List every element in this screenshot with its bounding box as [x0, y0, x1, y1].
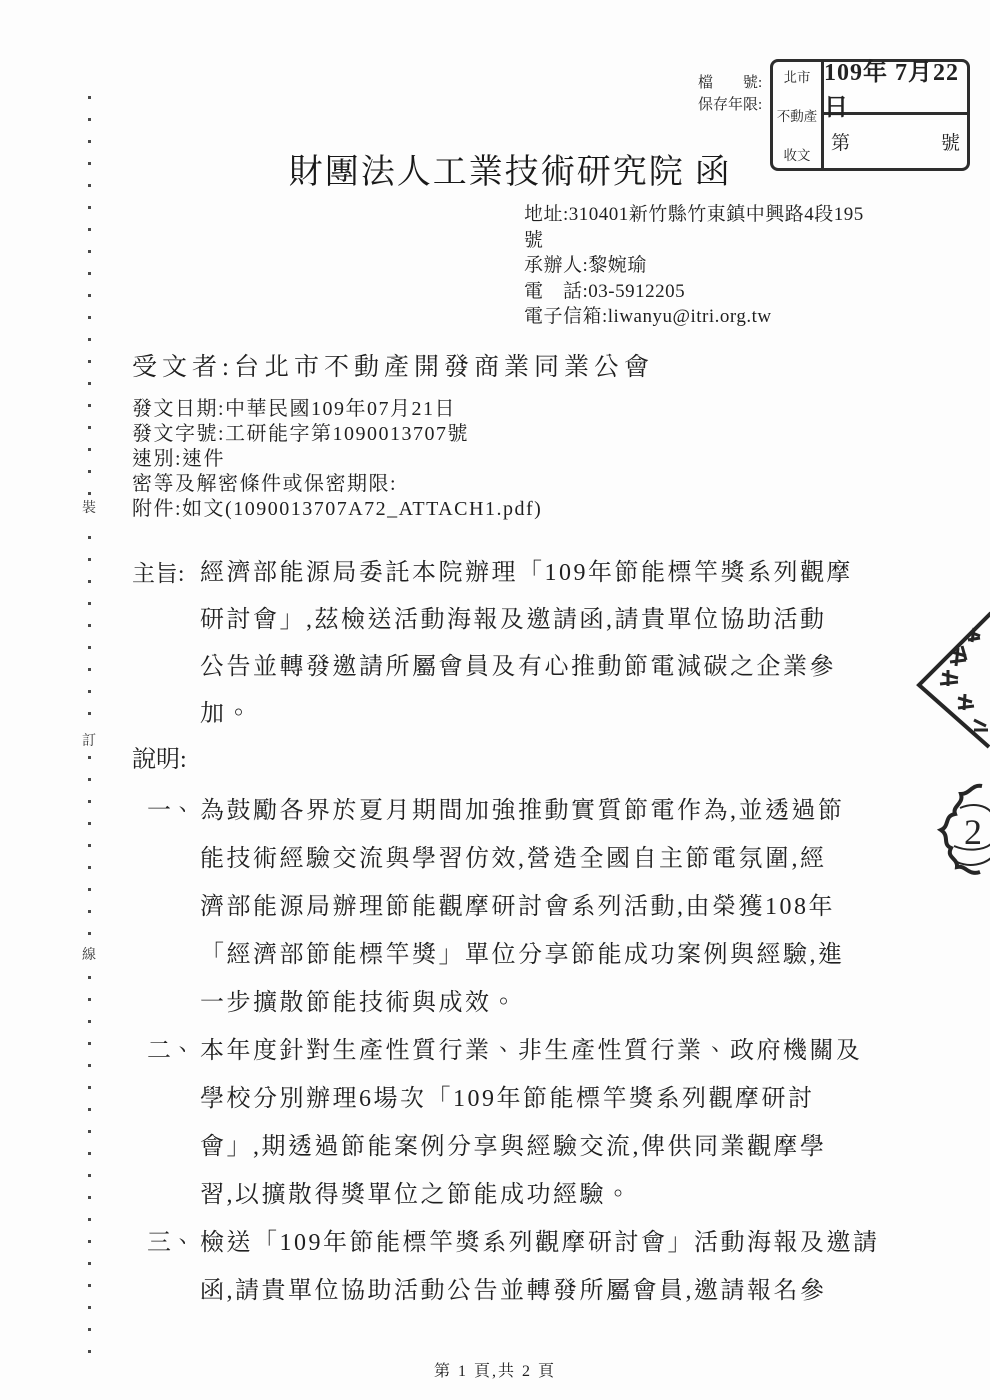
description-item-2: 二、 本年度針對生產性質行業、非生產性質行業、政府機關及 學校分別辦理6場次「1…	[147, 1027, 880, 1219]
subject-block: 主旨: 經濟部能源局委託本院辦理「109年節能標竿獎系列觀摩 研討會」,茲檢送活…	[132, 550, 853, 738]
receipt-stamp-box: 北市 不動產 收文 109年 7月22日 第 號	[770, 59, 970, 171]
item-text: 本年度針對生產性質行業、非生產性質行業、政府機關及 學校分別辦理6場次「109年…	[200, 1027, 863, 1219]
document-meta-block: 發文日期:中華民國109年07月21日 發文字號:工研能字第1090013707…	[132, 397, 542, 522]
page-footer: 第 1 頁,共 2 頁	[0, 1358, 990, 1381]
description-item-3: 三、 檢送「109年節能標竿獎系列觀摩研討會」活動海報及邀請 函,請貴單位協助活…	[147, 1219, 880, 1315]
retention-period-label: 保存年限:	[698, 94, 762, 116]
flower-stamp-number: 2	[964, 812, 982, 852]
diamond-stamp-icon	[912, 608, 990, 750]
description-item-1: 一、 為鼓勵各界於夏月期間加強推動實質節電作為,並透過節 能技術經驗交流與學習仿…	[147, 787, 880, 1027]
receipt-number-suffix: 號	[941, 128, 960, 155]
subject-text: 經濟部能源局委託本院辦理「109年節能標竿獎系列觀摩 研討會」,茲檢送活動海報及…	[200, 550, 853, 738]
binding-dotted-line	[88, 96, 91, 1364]
document-page: 裝 訂 線 檔 號: 保存年限: 北市 不動產 收文 109年 7月22日 第 …	[0, 0, 990, 1400]
item-text: 檢送「109年節能標竿獎系列觀摩研討會」活動海報及邀請 函,請貴單位協助活動公告…	[200, 1219, 880, 1315]
item-number: 二、	[147, 1027, 200, 1219]
item-number: 一、	[147, 787, 200, 1027]
receipt-number-row: 第 號	[824, 115, 967, 168]
document-title: 財團法人工業技術研究院 函	[230, 144, 790, 193]
receipt-org-line1: 北市	[784, 66, 811, 86]
description-label: 說明:	[132, 739, 187, 774]
binding-mark-xian: 線	[78, 947, 100, 965]
sender-contact-block: 地址:310401新竹縣竹東鎮中興路4段195 號 承辦人:黎婉瑜 電 話:03…	[524, 202, 864, 330]
flower-stamp-icon: 2	[930, 782, 990, 880]
receipt-date-stamp: 109年 7月22日	[824, 62, 967, 115]
receipt-number-prefix: 第	[831, 128, 850, 155]
receipt-stamp-main: 109年 7月22日 第 號	[824, 62, 967, 168]
binding-mark-ding: 訂	[78, 733, 100, 751]
file-number-label: 檔 號:	[698, 72, 762, 94]
item-number: 三、	[147, 1219, 200, 1315]
recipient-line: 受文者:台北市不動產開發商業同業公會	[132, 347, 654, 383]
subject-label: 主旨:	[132, 550, 200, 738]
binding-mark-zhuang: 裝	[78, 500, 100, 518]
archive-labels: 檔 號: 保存年限:	[698, 72, 762, 116]
item-text: 為鼓勵各界於夏月期間加強推動實質節電作為,並透過節 能技術經驗交流與學習仿效,營…	[200, 787, 845, 1027]
description-items: 一、 為鼓勵各界於夏月期間加強推動實質節電作為,並透過節 能技術經驗交流與學習仿…	[147, 787, 880, 1315]
receipt-org-line2: 不動產	[777, 105, 818, 125]
